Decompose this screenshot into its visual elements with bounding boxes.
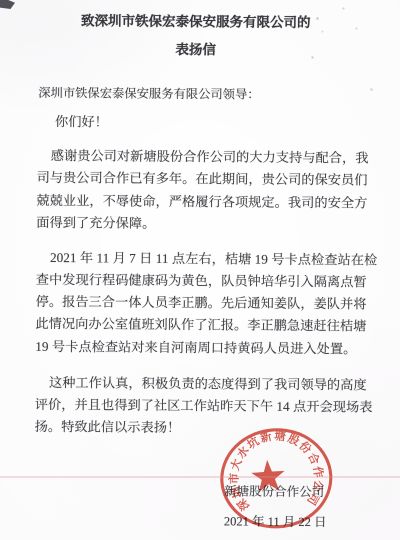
scanner-artifact-line [0, 476, 400, 478]
letter-title-line1: 致深圳市铁保宏泰保安服务有限公司的 [0, 11, 392, 34]
letter-content: 致深圳市铁保宏泰保安服务有限公司的 表扬信 深圳市铁保宏泰保安服务有限公司领导：… [0, 0, 400, 540]
scanned-commendation-letter: 致深圳市铁保宏泰保安服务有限公司的 表扬信 深圳市铁保宏泰保安服务有限公司领导：… [0, 0, 400, 540]
seal-arc-text: 深圳市大水坑新塘股份合作公司 [223, 425, 328, 514]
paragraph-thanks: 感谢贵公司对新塘股份合作公司的大力支持与配合，我 司与贵公司合作已有多年。在此期… [36, 145, 379, 237]
salutation: 深圳市铁保宏泰保安服务有限公司领导： [38, 82, 260, 106]
letter-title-line2: 表扬信 [0, 39, 392, 62]
scan-specks [0, 0, 1, 1]
greeting: 你们好！ [38, 111, 108, 134]
paragraph-incident: 2021 年 11 月 7 日 11 点左右，桔塘 19 号卡点检查站在检 查中… [35, 246, 378, 360]
